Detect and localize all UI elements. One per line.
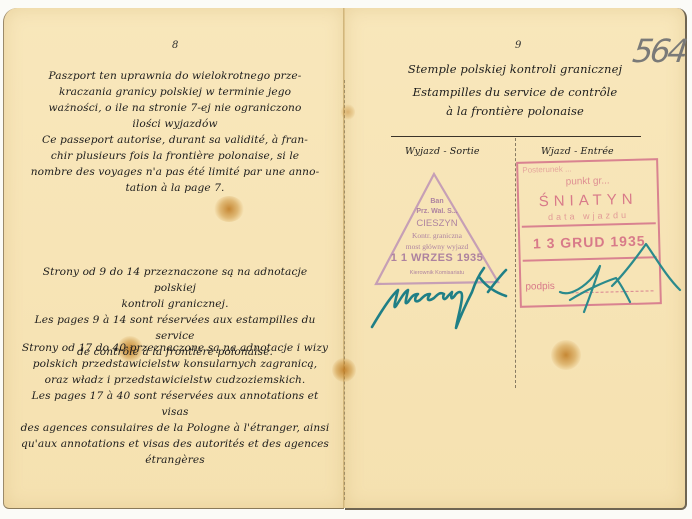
column-header-entry: Wjazd - Entrée [541,146,614,157]
stamp-text: punkt gr... [519,174,657,189]
stamps-title: Stemple polskiej kontroli granicznej Est… [345,60,685,121]
stamp-rule [522,222,656,228]
stamp-text: data wjazdu [519,209,657,223]
header-rule [391,136,641,137]
stamp-signature-label: podpis [525,281,555,293]
text-line: kontroli granicznej. [20,296,330,312]
text-line: chir plusieurs fois la frontière polonai… [20,148,330,164]
pages-17-40-notice: Strony od 17 do 40 przeznaczone są na ad… [20,340,330,468]
stamp-city: ŚNIATYN [519,190,657,211]
text-line: tation à la page 7. [20,180,330,196]
text-line: oraz władz i przedstawicielstw cudzoziem… [20,372,330,388]
title-french-line2: à la frontière polonaise [345,102,685,121]
text-line: Ce passeport autorise, durant sa validit… [20,132,330,148]
text-line: qu'aux annotations et visas des autorité… [20,436,330,452]
text-line: Paszport ten uprawnia do wielokrotnego p… [20,68,330,84]
text-line: ilości wyjazdów [20,116,330,132]
entry-stamp-sniatyn: Posterunek ... punkt gr... ŚNIATYN data … [516,158,662,308]
text-line: étrangères [20,452,330,468]
column-header-exit: Wyjazd - Sortie [405,146,480,157]
stamp-text: Kontr. graniczna [372,231,502,240]
title-french-line1: Estampilles du service de contrôle [345,83,685,102]
text-line: Strony od 17 do 40 przeznaczone są na ad… [20,340,330,356]
validity-notice-fr: Ce passeport autorise, durant sa validit… [20,132,330,196]
stamp-text: most główny wyjazd [372,242,502,251]
text-line: ważności, o ile na stronie 7-ej nie ogra… [20,100,330,116]
text-line: des agences consulaires de la Pologne à … [20,420,330,436]
title-polish: Stemple polskiej kontroli granicznej [345,60,685,79]
passport-spread: 8 Paszport ten uprawnia do wielokrotnego… [0,0,692,519]
stamp-text: Prz. Wal. S... [372,208,502,215]
stamp-date: 1 3 GRUD 1935 [520,232,658,252]
stamp-text: Ban [372,198,502,205]
text-line: Strony od 9 do 14 przeznaczone są na adn… [20,264,330,296]
page-number-left: 8 [172,40,178,51]
text-line: polskich przedstawicielstw konsularnych … [20,356,330,372]
stamp-city: CIESZYN [372,218,502,229]
stain [214,196,244,222]
text-line: kraczania granicy polskiej w terminie je… [20,84,330,100]
text-line: Les pages 17 à 40 sont réservées aux ann… [20,388,330,420]
signature-line [566,290,654,293]
stamp-text: Kierownik Komisariatu [372,270,502,276]
stamp-date: 1 1 WRZES 1935 [372,252,502,264]
validity-notice: Paszport ten uprawnia do wielokrotnego p… [20,68,330,132]
stamp-rule [523,256,657,262]
stamp-text: Posterunek ... [518,162,660,175]
text-line: nombre des voyages n'a pas été limité pa… [20,164,330,180]
exit-stamp-cieszyn: Ban Prz. Wal. S... CIESZYN Kontr. granic… [372,170,502,288]
